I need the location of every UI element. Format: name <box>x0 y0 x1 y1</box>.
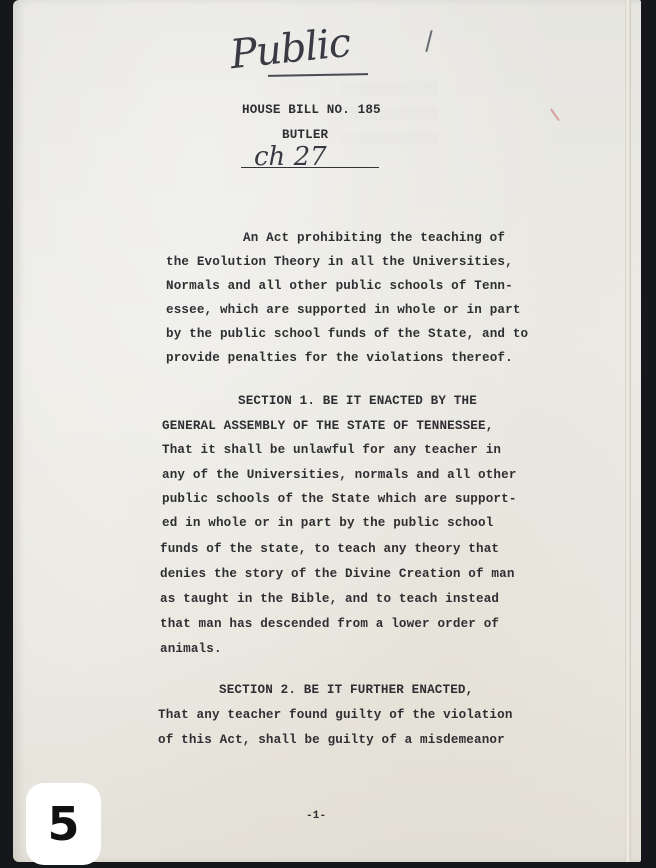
section-1-line: GENERAL ASSEMBLY OF THE STATE OF TENNESS… <box>162 419 493 433</box>
section-2-heading: SECTION 2. BE IT FURTHER ENACTED, <box>219 683 473 697</box>
chapter-underline <box>241 167 379 168</box>
section-1-line: denies the story of the Divine Creation … <box>160 567 515 581</box>
section-2-line: That any teacher found guilty of the vio… <box>158 708 513 722</box>
section-1-line: public schools of the State which are su… <box>162 492 517 506</box>
preamble-line: essee, which are supported in whole or i… <box>166 303 521 317</box>
paper-edge <box>625 0 631 862</box>
bleed-through-text: ░░░░░░░░░░░░░ <box>340 82 438 96</box>
preamble-line: by the public school funds of the State,… <box>166 327 528 341</box>
preamble-line: provide penalties for the violations the… <box>166 351 513 365</box>
page-number: -1- <box>306 810 326 822</box>
section-1-line: animals. <box>160 642 222 656</box>
preamble-line: An Act prohibiting the teaching of <box>243 231 505 245</box>
section-1-line: that man has descended from a lower orde… <box>160 617 499 631</box>
slide-number-badge: 5 <box>26 783 101 865</box>
scan-frame: ░░░░░░░░░░░░░ ░░░░░░░░░░░░░ ░░░░░░░░░░░░… <box>0 0 656 868</box>
bill-sponsor: BUTLER <box>282 128 328 142</box>
preamble-line: Normals and all other public schools of … <box>166 279 513 293</box>
section-1-line: That it shall be unlawful for any teache… <box>162 443 501 457</box>
section-1-line: any of the Universities, normals and all… <box>162 468 517 482</box>
section-2-line: of this Act, shall be guilty of a misdem… <box>158 733 505 747</box>
preamble-line: the Evolution Theory in all the Universi… <box>166 255 513 269</box>
section-1-line: funds of the state, to teach any theory … <box>160 542 499 556</box>
bleed-through-text: ░░░░░░░░░░░░░ <box>340 132 438 146</box>
section-1-line: as taught in the Bible, and to teach ins… <box>160 592 499 606</box>
bill-title: HOUSE BILL NO. 185 <box>242 103 381 117</box>
section-1-heading: SECTION 1. BE IT ENACTED BY THE <box>238 394 477 408</box>
section-1-line: ed in whole or in part by the public sch… <box>162 516 493 530</box>
